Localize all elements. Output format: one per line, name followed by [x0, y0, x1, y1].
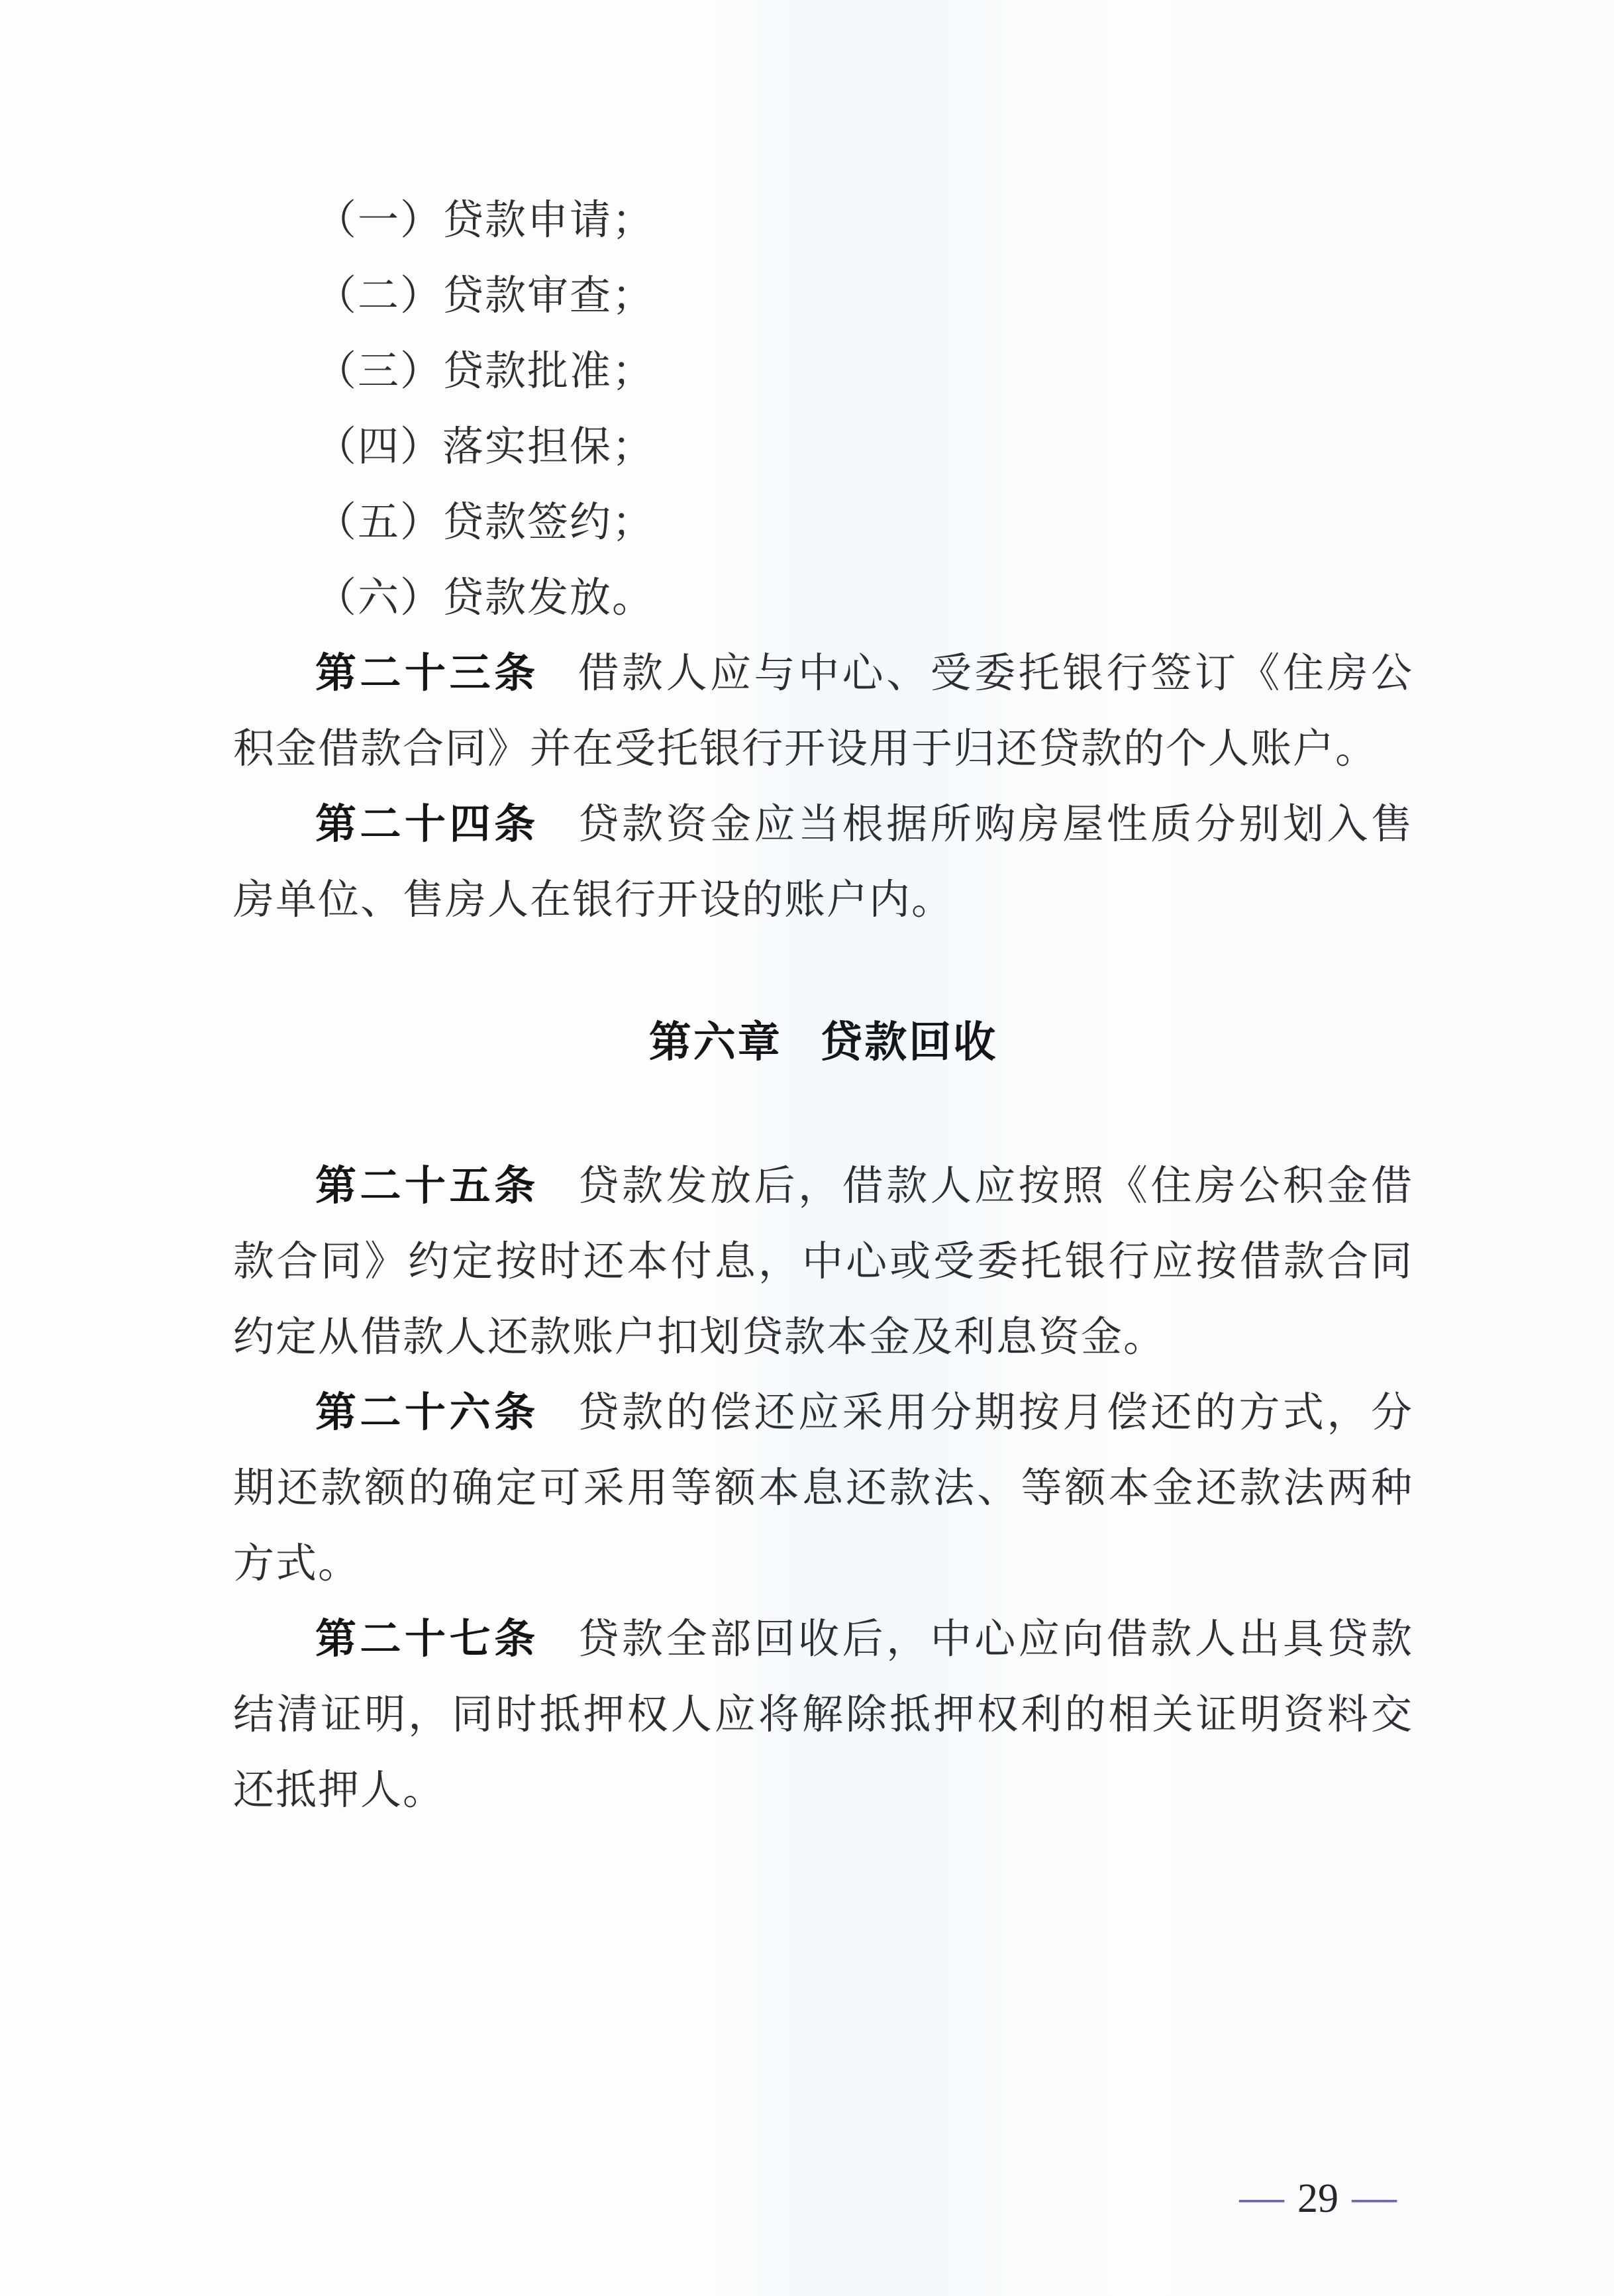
article-number: 第二十三条 — [315, 651, 539, 696]
article-paragraph: 第二十三条借款人应与中心、受委托银行签订《住房公积金借款合同》并在受托银行开设用… — [233, 636, 1413, 787]
list-item: （三）贷款批准； — [233, 334, 1413, 409]
article-paragraph: 第二十四条贷款资金应当根据所购房屋性质分别划入售房单位、售房人在银行开设的账户内… — [233, 787, 1413, 938]
article-paragraph: 第二十六条贷款的偿还应采用分期按月偿还的方式，分期还款额的确定可采用等额本息还款… — [233, 1375, 1413, 1602]
article-number: 第二十五条 — [315, 1163, 539, 1209]
list-item: （二）贷款审查； — [233, 258, 1413, 334]
page-number-value: 29 — [1297, 2178, 1338, 2219]
list-item: （一）贷款申请； — [233, 183, 1413, 258]
list-item: （六）贷款发放。 — [233, 560, 1413, 636]
page-number-dash-left: — — [1239, 2181, 1284, 2216]
article-number: 第二十四条 — [315, 802, 539, 847]
scanned-document-page: （一）贷款申请； （二）贷款审查； （三）贷款批准； （四）落实担保； （五）贷… — [0, 0, 1614, 2296]
article-number: 第二十七条 — [315, 1616, 539, 1662]
list-item: （五）贷款签约； — [233, 485, 1413, 560]
list-item: （四）落实担保； — [233, 409, 1413, 485]
article-paragraph: 第二十七条贷款全部回收后，中心应向借款人出具贷款结清证明，同时抵押权人应将解除抵… — [233, 1602, 1413, 1828]
page-number-dash-right: — — [1352, 2181, 1397, 2216]
article-paragraph: 第二十五条贷款发放后，借款人应按照《住房公积金借款合同》约定按时还本付息，中心或… — [233, 1149, 1413, 1375]
chapter-title: 贷款回收 — [820, 1018, 997, 1066]
page-number: — 29 — — [1244, 2178, 1391, 2219]
article-number: 第二十六条 — [315, 1390, 539, 1435]
document-body: （一）贷款申请； （二）贷款审查； （三）贷款批准； （四）落实担保； （五）贷… — [233, 183, 1413, 1828]
chapter-number: 第六章 — [649, 1018, 782, 1066]
chapter-heading: 第六章贷款回收 — [233, 1004, 1413, 1080]
